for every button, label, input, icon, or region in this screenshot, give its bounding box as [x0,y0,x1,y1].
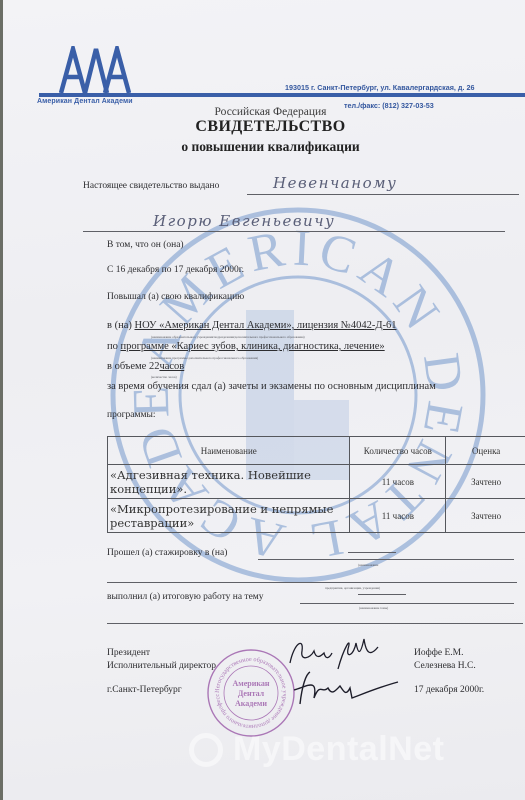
internship-label: Прошел (а) стажировку в (на) [107,548,227,558]
institution-name: НОУ «Американ Дентал Академи», лицензия … [134,320,396,331]
table-row: «Адгезивная техника. Новейшие концепции»… [108,465,525,499]
institution-prefix: в (на) [107,320,132,331]
exams-line-2: программы: [107,410,156,420]
president-name: Иоффе Е.М. [414,648,463,658]
watermark: MyDentalNet [233,730,444,769]
recipient-name: Игорю Евгеньевичу [153,212,335,230]
disciplines-table: Наименование Количество часов Оценка «Ад… [107,436,525,533]
svg-text:Академи: Академи [235,699,267,708]
discipline-grade: Зачтено [446,499,525,533]
exams-line-1: за время обучения сдал (а) зачеты и экза… [107,381,436,392]
address: 193015 г. Санкт-Петербург, ул. Кавалерга… [285,83,474,92]
document-title: СВИДЕТЕЛЬСТВО [3,118,525,136]
president-signature [286,633,386,673]
issued-to-label: Настоящее свидетельство выдано [83,181,219,191]
institution-caption: (наименование образовательного учреждени… [151,335,305,339]
raised-label: Повышал (а) свою квалификацию [107,292,244,302]
institution-line: в (на) НОУ «Американ Дентал Академи», ли… [107,320,396,331]
director-name: Селезнева Н.С. [414,661,476,671]
director-signature [288,668,403,708]
volume-unit: часов [159,361,184,372]
svg-text:Дентал: Дентал [238,689,265,698]
final-work-line-short [358,594,406,595]
discipline-name: «Адгезивная техника. Новейшие концепции»… [108,465,350,499]
volume-prefix: в объеме [107,361,146,372]
discipline-hours: 11 часов [350,499,446,533]
city: г.Санкт-Петербург [107,685,182,695]
discipline-hours: 11 часов [350,465,446,499]
internship-line-2 [107,582,517,583]
program-line: по программе «Кариес зубов, клиника, диа… [107,341,385,352]
country: Российская Федерация [3,106,525,118]
program-name: программе «Кариес зубов, клиника, диагно… [121,341,385,352]
certificate-page: AMERICAN DENTAL ACADEMY Американ Дентал … [3,0,525,800]
discipline-name: «Микропротезирование и непрямые реставра… [108,499,350,533]
final-work-caption: (наименование темы) [359,606,388,610]
internship-caption-2: предприятия, организации, учреждения) [325,586,380,590]
header-name: Наименование [108,437,350,465]
program-prefix: по [107,341,118,352]
header-grade: Оценка [446,437,525,465]
svg-text:Американ: Американ [233,679,270,688]
discipline-grade: Зачтено [446,465,525,499]
that-label: В том, что он (она) [107,240,184,250]
director-title: Исполнительный директор [107,661,216,671]
scan-edge [0,0,3,800]
company-logo [59,46,131,94]
svg-text:Негосударственное образователь: Негосударственное образовательное учрежд… [206,648,288,730]
final-work-label: выполнил (а) итоговую работу на тему [107,592,264,602]
recipient-surname: Невенчаному [273,174,397,192]
purple-stamp: Негосударственное образовательное учрежд… [206,648,296,738]
volume-caption: (количество часов) [151,375,177,379]
issue-date: 17 декабря 2000г. [414,685,484,695]
table-header-row: Наименование Количество часов Оценка [108,437,525,465]
volume-value: 22 [149,361,160,372]
internship-line-1 [258,559,514,560]
volume-line: в объеме 22часов [107,361,184,372]
document-subtitle: о повышении квалификации [3,139,525,155]
study-period: С 16 декабря по 17 декабря 2000г. [107,265,244,275]
watermark-icon [189,733,223,767]
recipient-line-2 [83,231,505,232]
header-rule [39,93,525,97]
internship-caption-1: (наименование [358,563,378,567]
table-row: «Микропротезирование и непрямые реставра… [108,499,525,533]
header-hours: Количество часов [350,437,446,465]
final-work-line-2 [107,623,523,624]
program-caption: (наименование программы дополнительного … [151,356,258,360]
president-title: Президент [107,648,150,658]
final-work-line-1 [300,603,514,604]
logo-caption: Американ Дентал Академи [37,98,133,105]
internship-line-short [348,552,396,553]
recipient-line-1 [247,194,519,195]
